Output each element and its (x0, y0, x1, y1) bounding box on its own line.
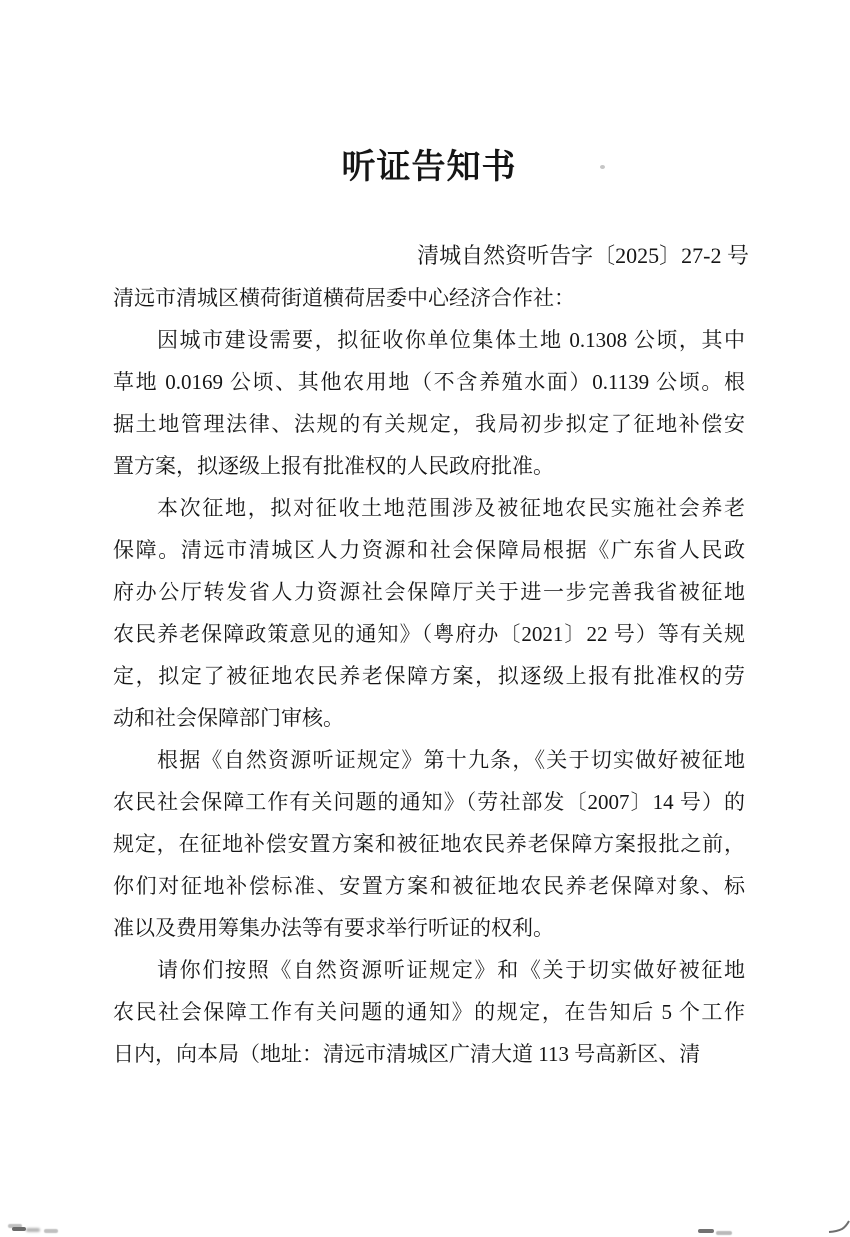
body-line: 农民养老保障政策意见的通知》（粤府办〔2021〕22 号）等有关规 (113, 613, 745, 655)
document-body: 清远市清城区横荷街道横荷居委中心经济合作社： 因城市建设需要，拟征收你单位集体土… (113, 277, 745, 1075)
body-line: 动和社会保障部门审核。 (113, 697, 745, 739)
scanned-document-page: 听证告知书 清城自然资听告字〔2025〕27-2 号 清远市清城区横荷街道横荷居… (0, 0, 850, 1237)
addressee-line: 清远市清城区横荷街道横荷居委中心经济合作社： (113, 277, 745, 319)
body-line: 草地 0.0169 公顷、其他农用地（不含养殖水面）0.1139 公顷。根 (113, 361, 745, 403)
body-line: 因城市建设需要，拟征收你单位集体土地 0.1308 公顷，其中 (113, 319, 745, 361)
body-line: 准以及费用筹集办法等有要求举行听证的权利。 (113, 907, 745, 949)
body-line: 你们对征地补偿标准、安置方案和被征地农民养老保障对象、标 (113, 865, 745, 907)
body-line: 请你们按照《自然资源听证规定》和《关于切实做好被征地 (113, 949, 745, 991)
scan-mark-bottom-middle (698, 1229, 714, 1233)
document-number: 清城自然资听告字〔2025〕27-2 号 (113, 241, 749, 271)
document-title: 听证告知书 (113, 143, 745, 193)
body-line: 农民社会保障工作有关问题的通知》的规定，在告知后 5 个工作 (113, 991, 745, 1033)
body-line: 定，拟定了被征地农民养老保障方案，拟逐级上报有批准权的劳 (113, 655, 745, 697)
body-line: 保障。清远市清城区人力资源和社会保障局根据《广东省人民政 (113, 529, 745, 571)
scan-stroke-bottom-right (828, 1219, 850, 1234)
body-line: 根据《自然资源听证规定》第十九条，《关于切实做好被征地 (113, 739, 745, 781)
body-line: 据土地管理法律、法规的有关规定，我局初步拟定了征地补偿安 (113, 403, 745, 445)
body-line: 规定，在征地补偿安置方案和被征地农民养老保障方案报批之前， (113, 823, 745, 865)
body-line: 置方案，拟逐级上报有批准权的人民政府批准。 (113, 445, 745, 487)
body-line: 日内，向本局（地址：清远市清城区广清大道 113 号高新区、清 (113, 1033, 745, 1075)
body-line: 农民社会保障工作有关问题的通知》（劳社部发〔2007〕14 号）的 (113, 781, 745, 823)
body-line: 本次征地，拟对征收土地范围涉及被征地农民实施社会养老 (113, 487, 745, 529)
scan-smudge-bottom-left (12, 1227, 26, 1231)
body-line: 府办公厅转发省人力资源社会保障厅关于进一步完善我省被征地 (113, 571, 745, 613)
